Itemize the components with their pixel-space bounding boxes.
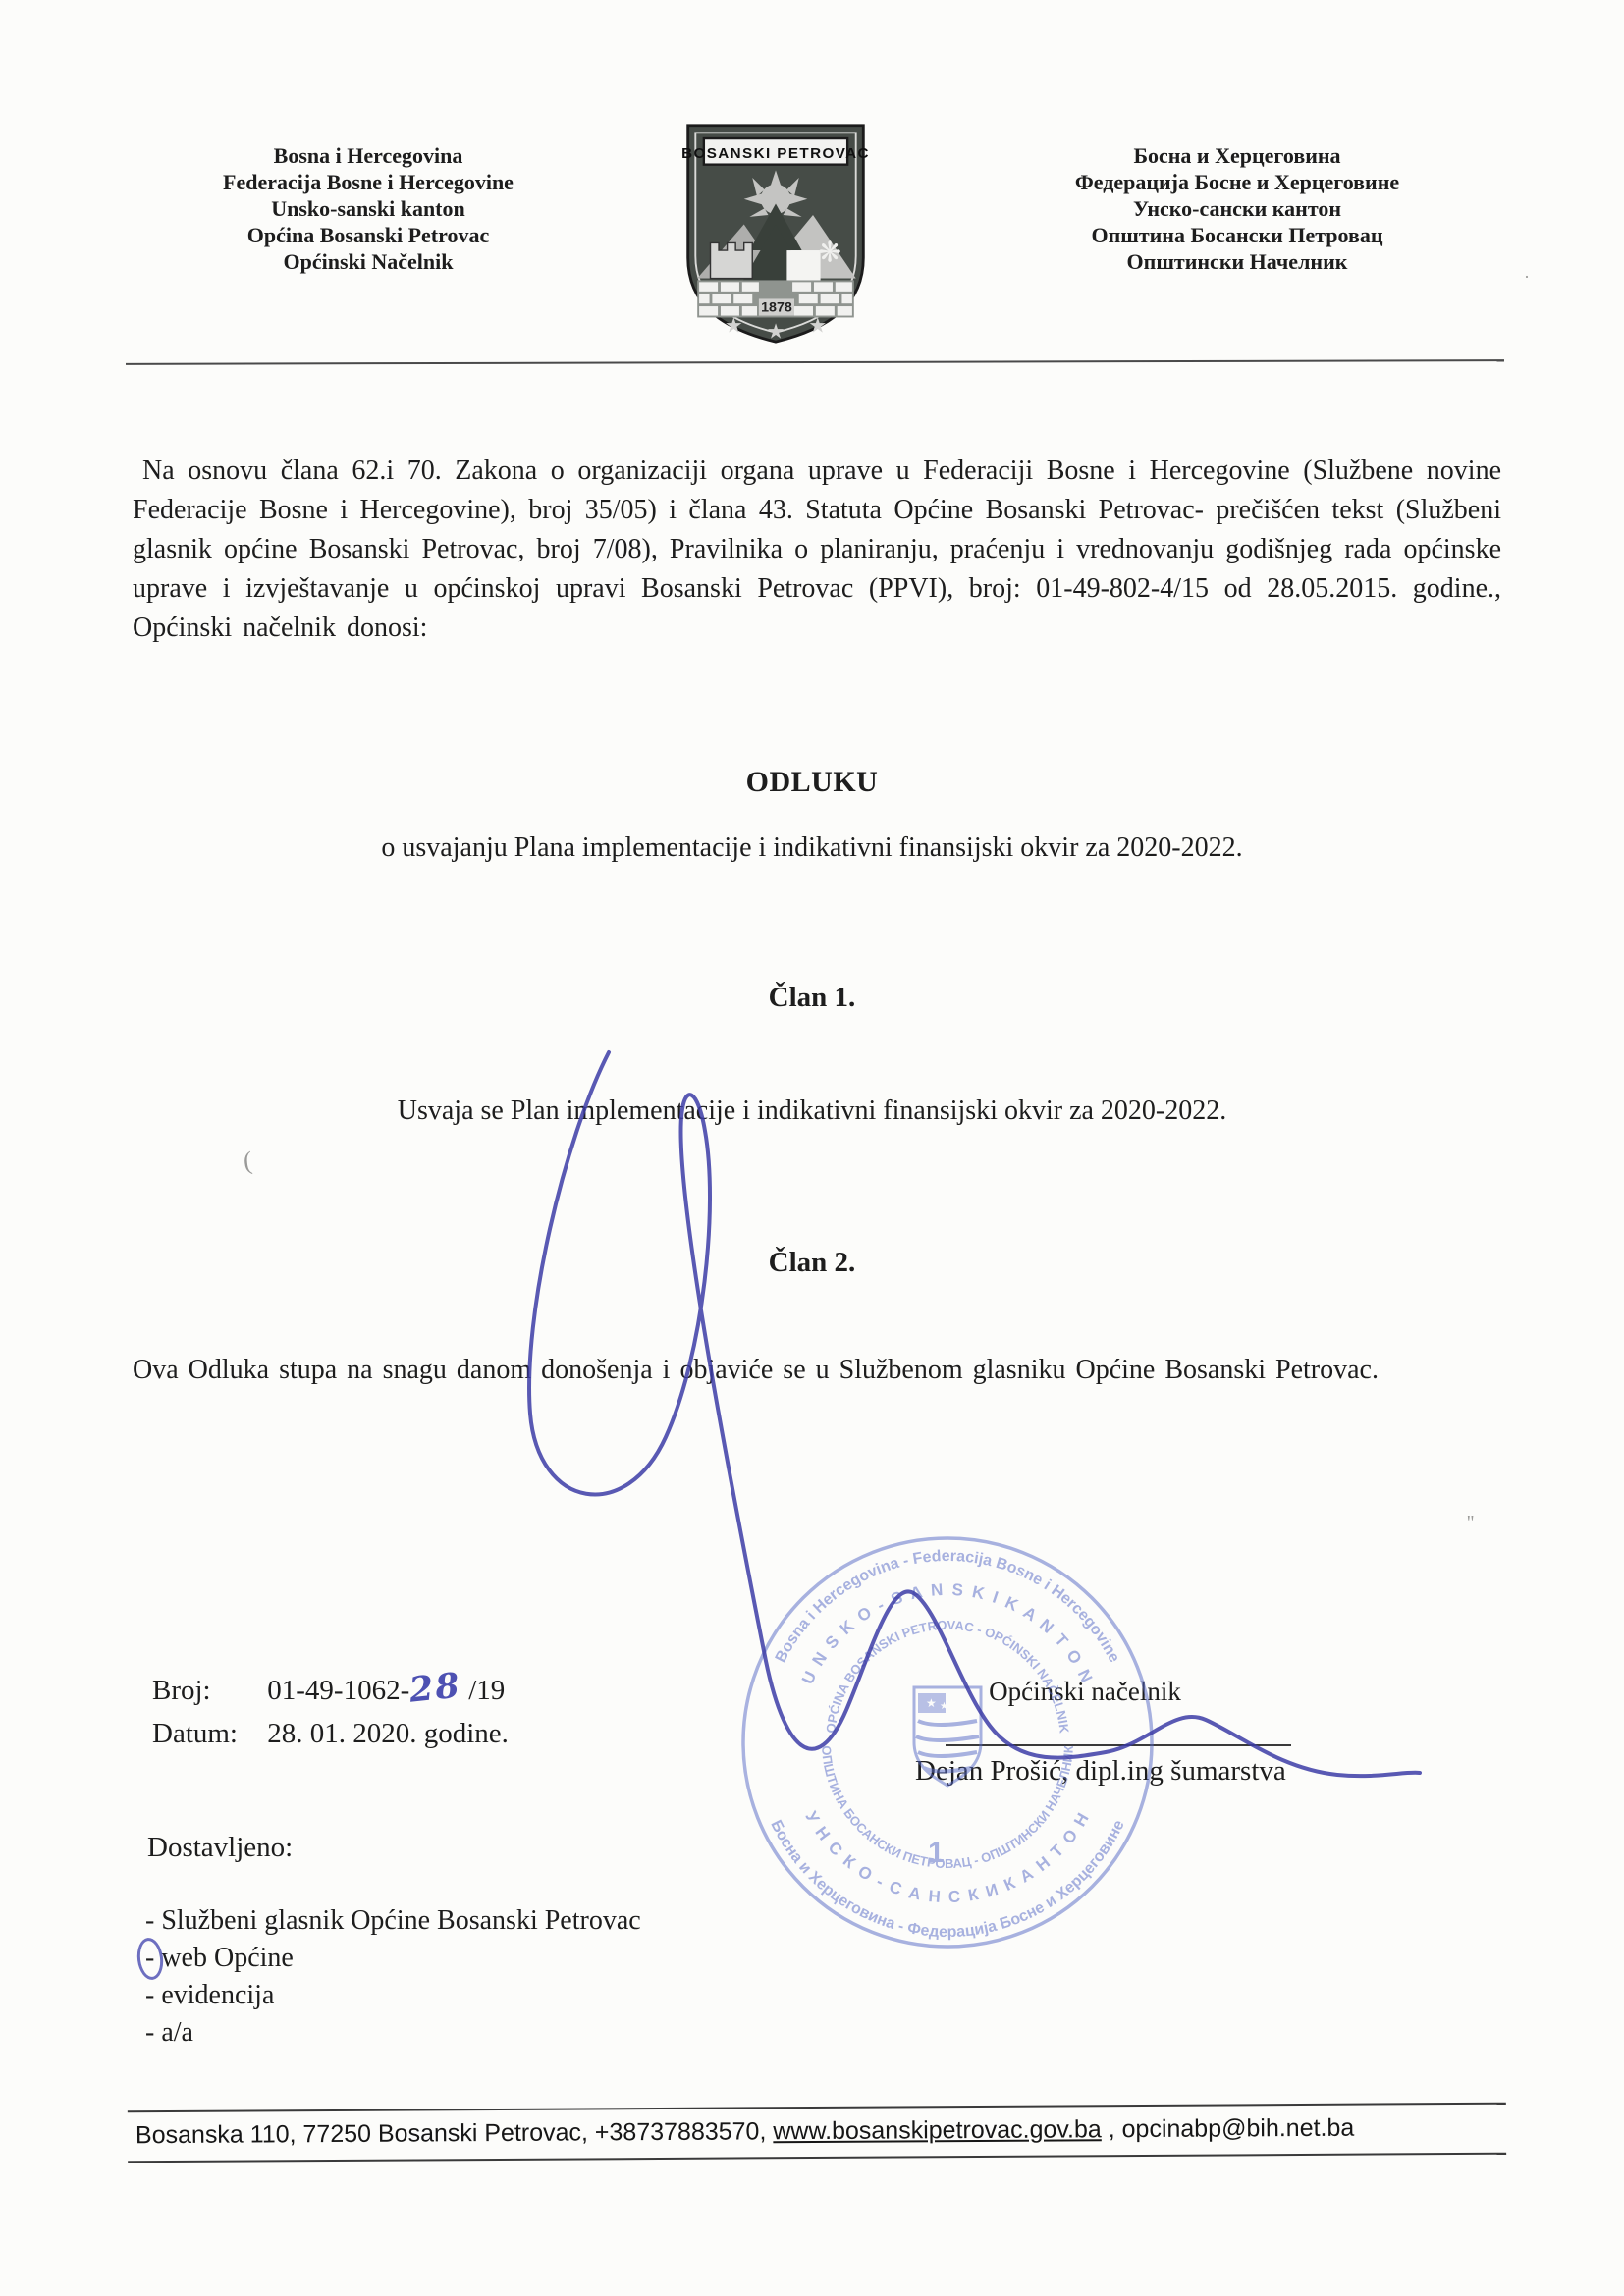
footer-contact-bar: Bosanska 110, 77250 Bosanski Petrovac, +…: [128, 2103, 1506, 2163]
broj-prefix: 01-49-1062-: [267, 1675, 409, 1706]
broj-suffix: /19: [468, 1675, 505, 1706]
reference-block: Broj: 01-49-1062-28 /19 Datum: 28. 01. 2…: [152, 1667, 509, 1755]
stamp-number: 1: [928, 1837, 945, 1869]
distribution-label: Dostavljeno:: [147, 1832, 293, 1864]
header-line: Босна и Херцеговина: [982, 142, 1492, 169]
list-item: - evidencija: [145, 1977, 641, 2014]
list-item: - Službeni glasnik Općine Bosanski Petro…: [145, 1902, 641, 1940]
stamp-ring-text: ОПШТИНА БОСАНСКИ ПЕТРОВАЦ - ОПШТИНСКИ НА…: [819, 1745, 1076, 1871]
header-line: Унско-сански кантон: [982, 195, 1492, 222]
article-2-heading: Član 2.: [0, 1247, 1624, 1279]
scan-mark: ·: [1524, 267, 1530, 288]
crest-year: 1878: [761, 300, 792, 316]
svg-text:★: ★: [926, 1696, 937, 1710]
decision-subtitle: o usvajanju Plana implementacije i indik…: [0, 832, 1624, 864]
decision-title: ODLUKU: [0, 766, 1624, 799]
official-round-stamp: Bosna i Hercegovina - Federacija Bosne i…: [731, 1526, 1164, 1958]
footer-address: Bosanska 110, 77250 Bosanski Petrovac, +…: [135, 2117, 767, 2149]
date-line: Datum: 28. 01. 2020. godine.: [152, 1712, 509, 1755]
header-line: Općina Bosanski Petrovac: [137, 222, 599, 248]
list-item: - a/a: [145, 2014, 641, 2052]
scan-mark: (: [242, 1147, 253, 1177]
header-line: Општински Начелник: [982, 248, 1492, 275]
header-left-block: Bosna i Hercegovina Federacija Bosne i H…: [137, 142, 599, 275]
scan-mark: '': [1467, 1512, 1474, 1534]
header-line: Општина Босански Петровац: [982, 222, 1492, 248]
article-1-text: Usvaja se Plan implementacije i indikati…: [0, 1095, 1624, 1127]
scanned-document-page: Bosna i Hercegovina Federacija Bosne i H…: [0, 0, 1624, 2296]
castle-glyph: [711, 242, 753, 278]
svg-text:★: ★: [940, 1701, 948, 1712]
datum-label: Datum:: [152, 1712, 260, 1755]
crest-title: BOSANSKI PETROVAC: [682, 145, 869, 162]
broj-handwritten-number: 28: [407, 1664, 463, 1712]
header-line: Općinski Načelnik: [137, 248, 599, 275]
svg-text:★: ★: [808, 315, 827, 338]
header-divider: [126, 359, 1504, 365]
article-1-heading: Član 1.: [0, 982, 1624, 1014]
svg-text:★: ★: [767, 320, 785, 343]
header-line: Федерација Босне и Херцеговине: [982, 169, 1492, 195]
footer-email: , opcinabp@bih.net.ba: [1109, 2114, 1355, 2144]
intro-paragraph: Na osnovu člana 62.i 70. Zakona o organi…: [133, 452, 1501, 648]
reference-number-line: Broj: 01-49-1062-28 /19: [152, 1667, 509, 1712]
stamp-ring-text: OPĆINA BOSANSKI PETROVAC - OPĆINSKI NAČE…: [823, 1618, 1071, 1735]
header-line: Federacija Bosne i Hercegovine: [137, 169, 599, 195]
coat-of-arms-icon: BOSANSKI PETROVAC ❋: [682, 120, 869, 346]
list-item: - web Općine: [145, 1940, 641, 1977]
svg-text:OPĆINA BOSANSKI PETROVAC - OPĆ: OPĆINA BOSANSKI PETROVAC - OPĆINSKI NAČE…: [823, 1618, 1071, 1735]
brick-wall: 1878: [697, 280, 854, 317]
header-right-block: Босна и Херцеговина Федерација Босне и Х…: [982, 142, 1492, 275]
distribution-list: - Službeni glasnik Općine Bosanski Petro…: [145, 1902, 641, 2052]
stamp-center-shield: ★ ★: [914, 1687, 981, 1786]
white-square: [786, 250, 820, 284]
edelweiss-icon: ❋: [818, 237, 841, 268]
datum-value: 28. 01. 2020. godine.: [267, 1718, 509, 1749]
header-line: Unsko-sanski kanton: [137, 195, 599, 222]
svg-text:ОПШТИНА БОСАНСКИ ПЕТРОВАЦ - ОП: ОПШТИНА БОСАНСКИ ПЕТРОВАЦ - ОПШТИНСКИ НА…: [819, 1745, 1076, 1871]
header-line: Bosna i Hercegovina: [137, 142, 599, 169]
svg-text:★: ★: [725, 315, 743, 338]
broj-label: Broj:: [152, 1669, 260, 1712]
article-2-text: Ova Odluka stupa na snagu danom donošenj…: [133, 1349, 1458, 1392]
footer-website-url: www.bosanskipetrovac.gov.ba: [773, 2115, 1102, 2145]
